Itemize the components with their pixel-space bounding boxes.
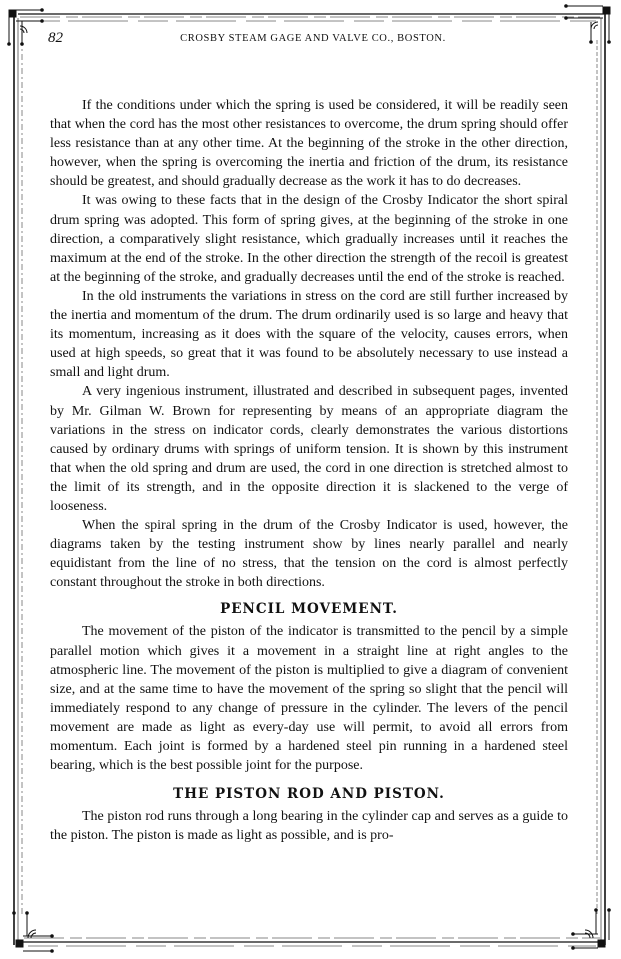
page-header: 82 CROSBY STEAM GAGE AND VALVE CO., BOST… <box>48 30 578 50</box>
paragraph: The piston rod runs through a long beari… <box>50 807 568 845</box>
paragraph: If the conditions under which the spring… <box>50 96 568 191</box>
section-heading-piston-rod: THE PISTON ROD AND PISTON. <box>50 785 568 803</box>
running-head: CROSBY STEAM GAGE AND VALVE CO., BOSTON. <box>48 33 578 44</box>
paragraph: The movement of the piston of the indica… <box>50 622 568 775</box>
paragraph: A very ingenious instrument, illustrated… <box>50 382 568 516</box>
corner-ornament-bottom-right <box>572 909 611 950</box>
paragraph: It was owing to these facts that in the … <box>50 191 568 286</box>
page-body: If the conditions under which the spring… <box>50 96 568 845</box>
section-heading-pencil-movement: PENCIL MOVEMENT. <box>50 600 568 618</box>
paragraph: When the spiral spring in the drum of th… <box>50 516 568 592</box>
corner-ornament-bottom-left <box>13 912 54 953</box>
paragraph: In the old instruments the variations in… <box>50 287 568 382</box>
corner-ornament-top-left <box>8 9 44 46</box>
